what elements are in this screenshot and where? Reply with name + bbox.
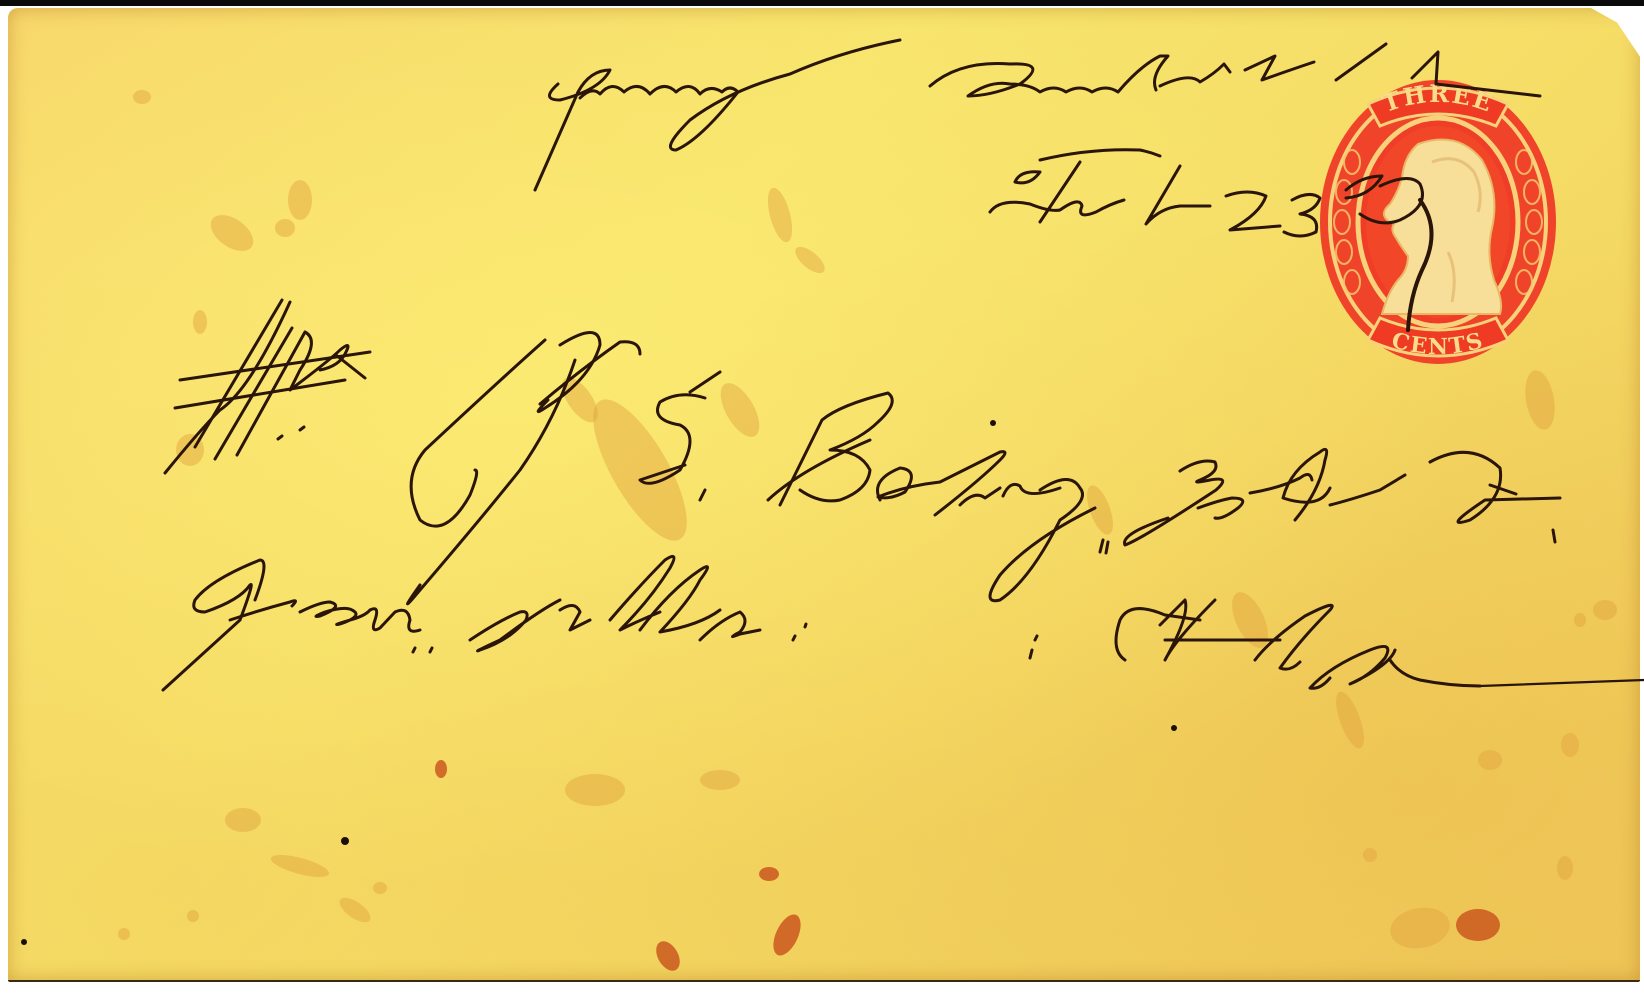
docket-date xyxy=(990,150,1432,330)
salutation-struck xyxy=(165,300,370,473)
docket-line-1 xyxy=(535,40,1540,190)
addressee-name xyxy=(408,333,1561,604)
handwriting-layer xyxy=(0,0,1644,995)
address-city-state xyxy=(163,556,1644,690)
